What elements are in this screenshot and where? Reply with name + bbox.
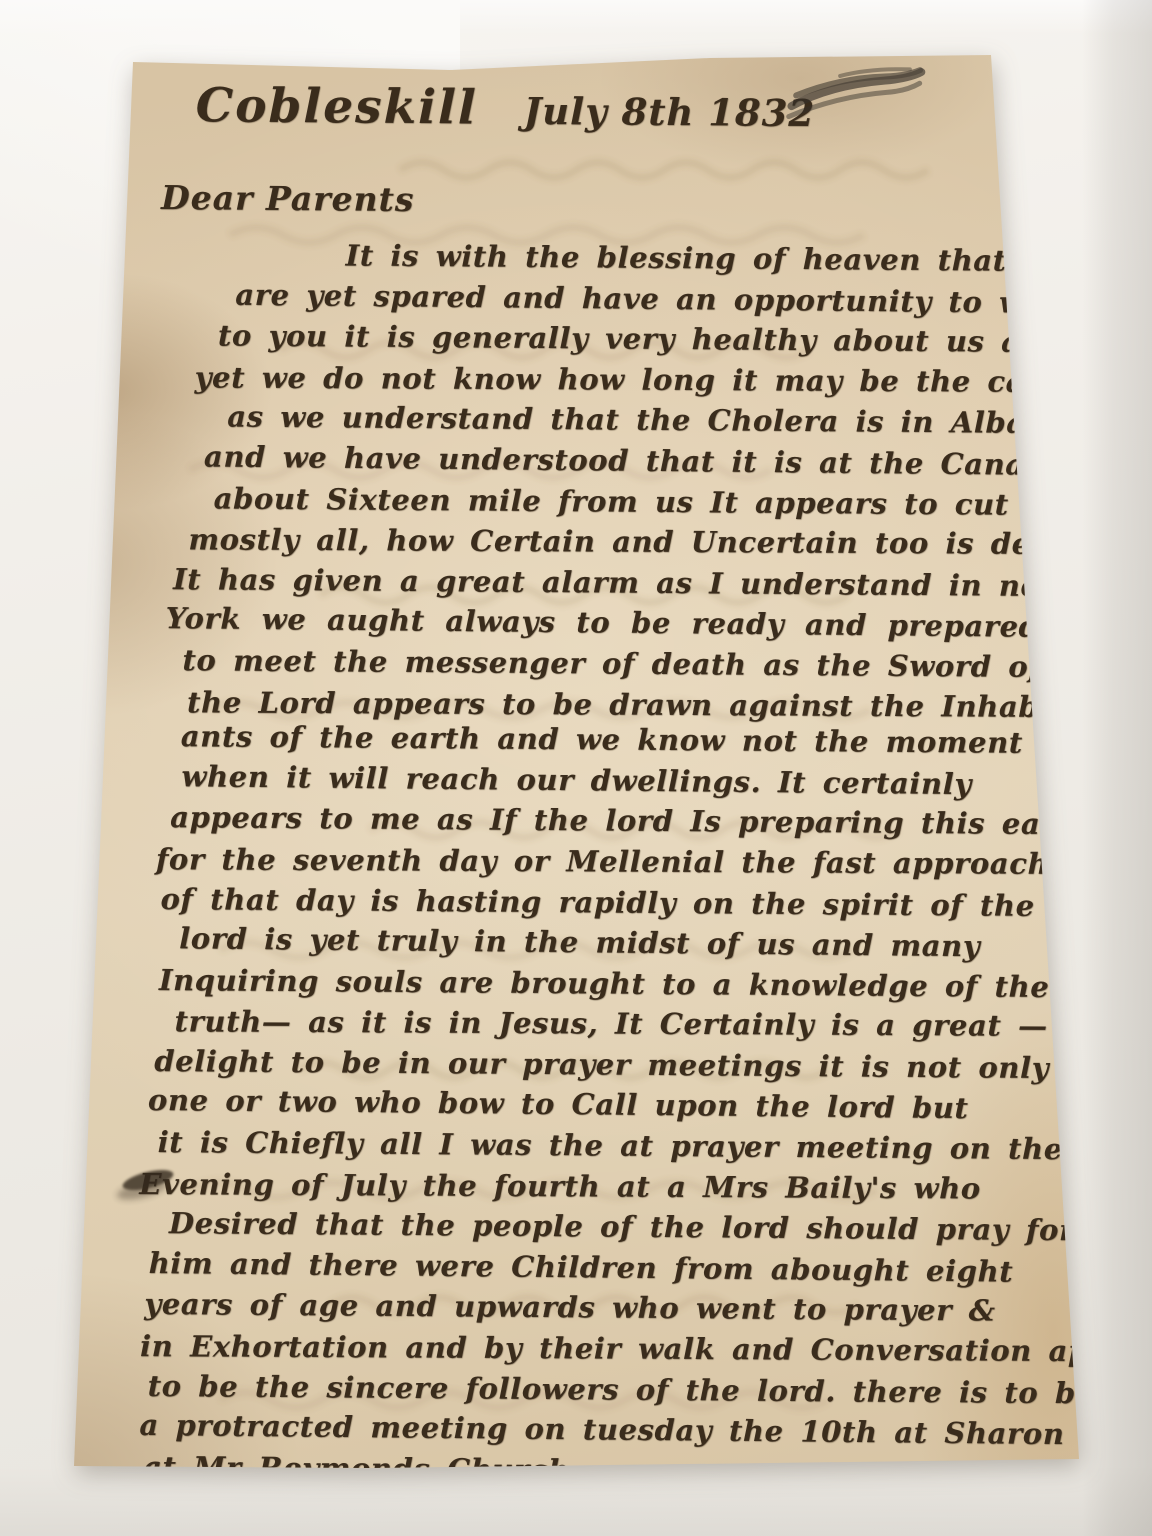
letter-salutation: Dear Parents	[161, 178, 1066, 237]
letter-line: Inquiring souls are brought to a knowled…	[159, 960, 1060, 1008]
letter-line: appears to me as If the lord Is preparin…	[170, 797, 1061, 845]
letter-line: and we have understood that it is at the…	[204, 436, 1064, 485]
letter-line: mostly all, how Certain and Uncertain to…	[188, 520, 1063, 565]
mat-shadow-right	[1082, 0, 1152, 1536]
letter-date: July 8th 1832	[524, 89, 816, 135]
letter-line: for the seventh day or Mellenial the fas…	[156, 839, 1061, 884]
letter-line: are yet spared and have an opportunity t…	[235, 274, 1065, 323]
letter-paper-wrap: Cobleskill July 8th 1832 Dear Parents It…	[70, 50, 1084, 1474]
letter-line: truth— as it is in Jesus, It Certainly i…	[174, 1002, 1059, 1047]
letter-line: in Exhortation and by their walk and Con…	[140, 1326, 1057, 1371]
letter-place: Cobleskill	[196, 78, 478, 135]
letter-line: to meet the messenger of death as the Sw…	[182, 640, 1062, 688]
letter-line: the Lord appears to be drawn against the…	[187, 682, 1062, 727]
letter-content: Cobleskill July 8th 1832 Dear Parents It…	[151, 78, 1067, 1494]
mat-shadow-bottom	[0, 1466, 1152, 1536]
letter-lines: It is with the blessing of heaven that w…	[151, 234, 1066, 1494]
letter-line: It is with the blessing of heaven that w…	[345, 235, 1065, 281]
letter-line: to you it is generally very healthy abou…	[218, 316, 1065, 363]
letter-line: about Sixteen mile from us It appears to…	[214, 478, 1064, 525]
letter-line: when it will reach our dwellings. It cer…	[181, 756, 1061, 805]
letter-photo: Cobleskill July 8th 1832 Dear Parents It…	[0, 0, 1152, 1536]
letter-line: it is Chiefly all I was the at prayer me…	[157, 1122, 1058, 1170]
mat-top-highlight	[0, 0, 1152, 34]
letter-line: years of age and upwards who went to pra…	[144, 1284, 1057, 1332]
letter-line: Evening of July the fourth at a Mrs Bail…	[139, 1164, 1058, 1209]
letter-paper: Cobleskill July 8th 1832 Dear Parents It…	[70, 50, 1084, 1474]
letter-line: yet we do not know how long it may be th…	[195, 357, 1065, 402]
